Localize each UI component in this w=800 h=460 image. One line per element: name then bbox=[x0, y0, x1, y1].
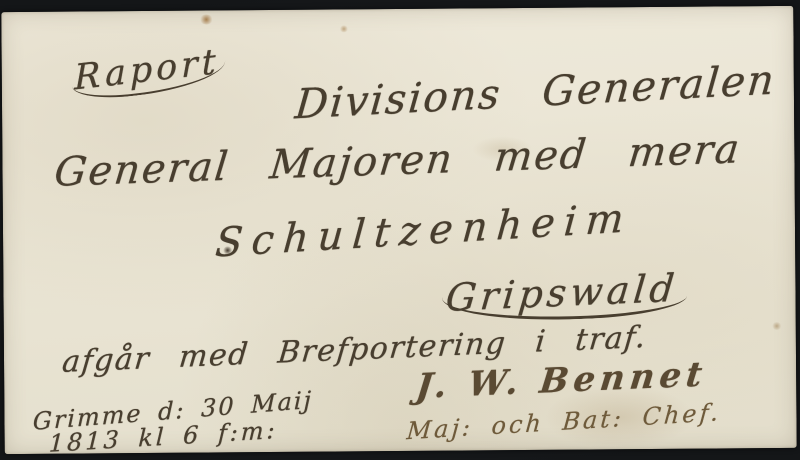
address-recipient-name: Schultzenheim bbox=[214, 198, 634, 263]
foxing-spot bbox=[339, 25, 348, 32]
foxing-spot bbox=[199, 14, 213, 24]
address-line-2: General Majoren med mera bbox=[53, 129, 743, 193]
foxing-spot bbox=[772, 322, 782, 330]
signature-title: Maj: och Bat: Chef. bbox=[406, 400, 722, 443]
destination-place: Gripswald bbox=[439, 268, 689, 325]
signature-name: J. W. Bennet bbox=[414, 357, 708, 404]
letter-scan: Raport Divisions Generalen General Major… bbox=[0, 0, 800, 460]
paper-sheet: Raport Divisions Generalen General Major… bbox=[1, 6, 796, 454]
raport-annotation: Raport bbox=[72, 44, 226, 103]
address-line-1: Divisions Generalen bbox=[293, 59, 777, 125]
